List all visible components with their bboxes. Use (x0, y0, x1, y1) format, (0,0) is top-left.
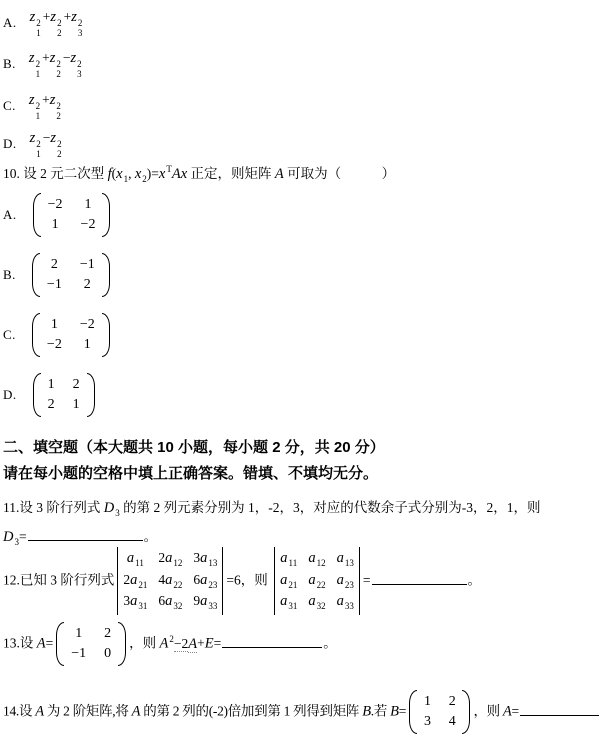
math-token: z (29, 50, 35, 66)
matrix-cell: 4 (449, 713, 456, 731)
math-token: = (399, 704, 406, 719)
question-10-option-d: D. 1221 (3, 372, 98, 418)
matrix-grid: 1221 (41, 373, 87, 416)
matrix-cell: a12 (308, 549, 325, 570)
matrix-cell: 6a32 (158, 592, 182, 613)
question-11-line-2: D3=。 (3, 526, 157, 548)
math-token: B (390, 704, 399, 720)
matrix-cell: a11 (280, 549, 297, 570)
matrix-cell: 2 (104, 625, 111, 643)
math-token: z (50, 92, 56, 108)
matrix-cell: a33 (337, 592, 354, 613)
left-paren (409, 690, 417, 733)
math-token: a (308, 593, 315, 609)
math-token: + (42, 92, 50, 107)
matrix-cell: 1 (48, 376, 55, 394)
question-9-option-d: D. z21−z22 (3, 127, 64, 160)
math-token: a (165, 550, 172, 566)
matrix-cell: 2 (73, 376, 80, 394)
section-instruction: 请在每小题的空格中填上正确答案。错填、不填均无分。 (3, 464, 378, 484)
subscript: 13 (208, 558, 217, 568)
subscript: 21 (138, 580, 147, 590)
script-stack: 22 (57, 139, 62, 160)
matrix-grid: a112a123a132a214a226a233a316a329a33 (118, 547, 222, 615)
option-matrix: 1221 (30, 373, 98, 416)
subscript: 22 (317, 580, 326, 590)
question-10-option-b: B. 2−1−12 (3, 252, 113, 298)
script-stack: 21 (36, 101, 41, 122)
matrix-cell: −2 (81, 216, 96, 234)
subscript: 21 (288, 580, 297, 590)
answer-blank (222, 633, 322, 648)
matrix: 1−2−21 (32, 313, 110, 356)
math-token: −2 (174, 636, 188, 652)
right-paren (462, 690, 470, 733)
math-token: a (200, 593, 207, 609)
matrix-grid: 2−1−12 (40, 253, 102, 296)
option-label: D. (3, 386, 17, 404)
math-token: a (280, 572, 287, 588)
question-14: 14.设 A 为 2 阶矩阵,将 A 的第 2 列的(-2)倍加到第 1 列得到… (3, 686, 599, 738)
matrix-cell: 1 (73, 396, 80, 414)
math-token: + (197, 636, 205, 651)
question-10-option-c: C. 1−2−21 (3, 312, 113, 358)
question-11-line-1: 11.设 3 阶行列式 D3 的第 2 列元素分别为 1，-2，3，对应的代数余… (3, 497, 540, 519)
matrix-cell: 6a23 (193, 571, 217, 592)
subscript: 22 (173, 580, 182, 590)
subscript: 31 (288, 601, 297, 611)
matrix-grid: 1234 (417, 690, 462, 733)
math-token: 的第 2 列的(-2)倍加到第 1 列得到矩阵 (140, 704, 362, 719)
math-token: D (104, 500, 114, 516)
option-label: D. (3, 135, 17, 153)
question-text: 14.设 A 为 2 阶矩阵,将 A 的第 2 列的(-2)倍加到第 1 列得到… (3, 690, 599, 733)
math-token: = (511, 704, 518, 719)
math-token: a (165, 593, 172, 609)
matrix: 2−1−12 (32, 253, 110, 296)
subscript: 32 (173, 601, 182, 611)
matrix-cell: 2 (84, 276, 91, 294)
matrix-cell: 1 (75, 625, 82, 643)
matrix-cell: 1 (424, 693, 431, 711)
answer-blank (372, 570, 467, 585)
math-token: = (214, 636, 222, 651)
answer-blank (520, 701, 599, 716)
right-paren (102, 193, 110, 236)
math-token: 。 (323, 636, 337, 651)
option-expression: z21+z22−z23 (29, 47, 84, 80)
script-stack: 21 (36, 18, 41, 39)
matrix-cell: 3a13 (193, 549, 217, 570)
matrix-cell: a13 (337, 549, 354, 570)
left-paren (33, 373, 41, 416)
math-token: A (132, 704, 141, 720)
option-label: A. (3, 14, 17, 32)
question-text: 12.已知 3 阶行列式a112a123a132a214a226a233a316… (3, 547, 481, 615)
math-token: A (160, 636, 169, 652)
matrix-cell: 2a21 (123, 571, 147, 592)
matrix-cell: −1 (71, 645, 86, 663)
option-expression: z21+z22 (29, 89, 63, 122)
matrix-cell: 2 (48, 396, 55, 414)
math-token: z (50, 130, 56, 146)
math-token: B (362, 704, 371, 720)
left-paren (32, 313, 40, 356)
matrix-cell: a31 (280, 592, 297, 613)
math-token: x (159, 166, 165, 182)
matrix: 1221 (33, 373, 95, 416)
matrix-cell: 1 (52, 216, 59, 234)
math-token: E (205, 636, 214, 652)
math-token: z (30, 9, 36, 25)
math-token: a (200, 550, 207, 566)
question-9-option-c: C. z21+z22 (3, 89, 63, 122)
question-12: 12.已知 3 阶行列式a112a123a132a214a226a233a316… (3, 548, 481, 614)
exam-page: A. z21+z22+z23 B. z21+z22−z23 C. z21+z22… (0, 0, 599, 739)
math-token: A (37, 636, 46, 652)
math-token: z (50, 9, 56, 25)
right-bar (222, 547, 223, 615)
matrix-cell: 3a31 (123, 592, 147, 613)
question-10-stem: 10. 设 2 元二次型 f(x1, x2)=xTAx 正定，则矩阵 A 可取为… (3, 163, 395, 185)
math-token: a (130, 593, 137, 609)
script-stack: 22 (56, 101, 61, 122)
script-stack: 22 (56, 59, 61, 80)
math-token: a (127, 550, 134, 566)
math-token: A (275, 166, 284, 182)
math-token: a (130, 572, 137, 588)
math-token: ，则 (129, 636, 159, 651)
math-token: z (71, 9, 77, 25)
script-stack: 21 (36, 59, 41, 80)
math-token: =6，则 (226, 573, 271, 588)
math-token: a (308, 550, 315, 566)
right-paren (118, 622, 126, 665)
option-label: A. (3, 206, 17, 224)
math-token: )= (147, 166, 159, 181)
matrix-cell: −1 (80, 256, 95, 274)
math-token: = (46, 636, 54, 651)
math-token: 12.已知 3 阶行列式 (3, 573, 114, 588)
option-expression: z21+z22+z23 (30, 6, 85, 39)
determinant: a112a123a132a214a226a233a316a329a33 (117, 547, 223, 615)
matrix-cell: 1 (84, 336, 91, 354)
right-bar (359, 547, 360, 615)
math-token: .若 (371, 704, 390, 719)
matrix-cell: −2 (47, 336, 62, 354)
math-token: a (337, 572, 344, 588)
matrix-grid: −211−2 (41, 193, 103, 236)
matrix-cell: a22 (308, 571, 325, 592)
matrix-cell: a23 (337, 571, 354, 592)
math-token: 正定，则矩阵 (187, 166, 275, 181)
script-stack: 23 (78, 18, 83, 39)
section-heading: 二、填空题（本大题共 10 小题，每小题 2 分，共 20 分） (3, 438, 385, 458)
matrix-cell: 2 (51, 256, 58, 274)
right-paren (102, 253, 110, 296)
subscript: 11 (289, 558, 298, 568)
math-token: = (363, 573, 371, 588)
math-token: z (50, 50, 56, 66)
math-token: x (116, 166, 122, 182)
right-paren (102, 313, 110, 356)
math-token: a (308, 572, 315, 588)
math-token: a (337, 593, 344, 609)
matrix-cell: 2a12 (158, 549, 182, 570)
matrix: 1234 (409, 690, 470, 733)
math-token: , (128, 166, 135, 181)
matrix-grid: a11a12a13a21a22a23a31a32a33 (275, 547, 359, 615)
subscript: 12 (317, 558, 326, 568)
subscript: 12 (173, 558, 182, 568)
question-10-option-a: A. −211−2 (3, 192, 113, 238)
math-token: 可取为（ ） (284, 166, 395, 181)
matrix-cell: 1 (85, 196, 92, 214)
question-text: 11.设 3 阶行列式 D3 的第 2 列元素分别为 1，-2，3，对应的代数余… (3, 499, 540, 516)
matrix-cell: 4a22 (158, 571, 182, 592)
subscript: 32 (317, 601, 326, 611)
math-token: A (35, 704, 44, 720)
matrix-cell: −2 (48, 196, 63, 214)
question-9-option-a: A. z21+z22+z23 (3, 6, 84, 39)
script-stack: 21 (36, 139, 41, 160)
math-token: a (280, 550, 287, 566)
subscript: 23 (345, 580, 354, 590)
right-paren (87, 373, 95, 416)
math-token: 。 (468, 573, 482, 588)
math-token: z (29, 92, 35, 108)
math-token: 10. 设 2 元二次型 (3, 166, 108, 181)
math-token: A (188, 636, 197, 653)
matrix-cell: 3 (424, 713, 431, 731)
math-token: 13.设 (3, 636, 37, 651)
matrix-cell: a21 (280, 571, 297, 592)
math-token: a (337, 550, 344, 566)
math-token: 为 2 阶矩阵,将 (44, 704, 132, 719)
matrix: 12−10 (56, 622, 126, 665)
question-text: 10. 设 2 元二次型 f(x1, x2)=xTAx 正定，则矩阵 A 可取为… (3, 165, 395, 182)
option-matrix: 2−1−12 (29, 253, 113, 296)
left-paren (33, 193, 41, 236)
option-matrix: 1−2−21 (29, 313, 113, 356)
option-expression: z21−z22 (30, 127, 64, 160)
math-token: = (19, 529, 27, 544)
math-token: 。 (144, 529, 158, 544)
question-9-option-b: B. z21+z22−z23 (3, 47, 84, 80)
matrix-cell: −2 (80, 316, 95, 334)
option-matrix: −211−2 (30, 193, 114, 236)
subscript: 11 (135, 558, 144, 568)
math-token: a (165, 572, 172, 588)
subscript: 31 (138, 601, 147, 611)
subscript: 13 (345, 558, 354, 568)
math-token: 的第 2 列元素分别为 1，-2，3，对应的代数余子式分别为-3，2，1，则 (120, 500, 541, 515)
matrix-cell: a32 (308, 592, 325, 613)
math-token: ，则 (473, 704, 502, 719)
math-token: + (42, 50, 50, 65)
matrix-cell: 1 (51, 316, 58, 334)
question-13: 13.设 A=12−10，则 A2−2A+E=。 (3, 618, 337, 670)
option-label: C. (3, 326, 16, 344)
option-label: C. (3, 97, 16, 115)
matrix-cell: 2 (449, 693, 456, 711)
script-stack: 22 (57, 18, 62, 39)
math-token: a (280, 593, 287, 609)
left-paren (56, 622, 64, 665)
matrix-grid: 1−2−21 (40, 313, 102, 356)
question-text: D3=。 (3, 528, 157, 545)
matrix-cell: 0 (104, 645, 111, 663)
math-token: D (3, 529, 13, 545)
matrix: −211−2 (33, 193, 111, 236)
math-token: x (135, 166, 141, 182)
option-label: B. (3, 266, 16, 284)
math-token: z (70, 50, 76, 66)
math-token: A (172, 166, 181, 182)
matrix-cell: 9a33 (193, 592, 217, 613)
left-paren (32, 253, 40, 296)
subscript: 33 (208, 601, 217, 611)
matrix-grid: 12−10 (64, 622, 118, 665)
subscript: 33 (345, 601, 354, 611)
math-token: 11.设 3 阶行列式 (3, 500, 104, 515)
script-stack: 23 (77, 59, 82, 80)
option-label: B. (3, 55, 16, 73)
math-token: 14.设 (3, 704, 35, 719)
determinant: a11a12a13a21a22a23a31a32a33 (274, 547, 360, 615)
subscript: 23 (208, 580, 217, 590)
answer-blank (28, 526, 143, 541)
math-token: a (200, 572, 207, 588)
matrix-cell: −1 (47, 276, 62, 294)
matrix-cell: a11 (127, 549, 144, 570)
question-text: 13.设 A=12−10，则 A2−2A+E=。 (3, 622, 337, 665)
math-token: z (30, 130, 36, 146)
